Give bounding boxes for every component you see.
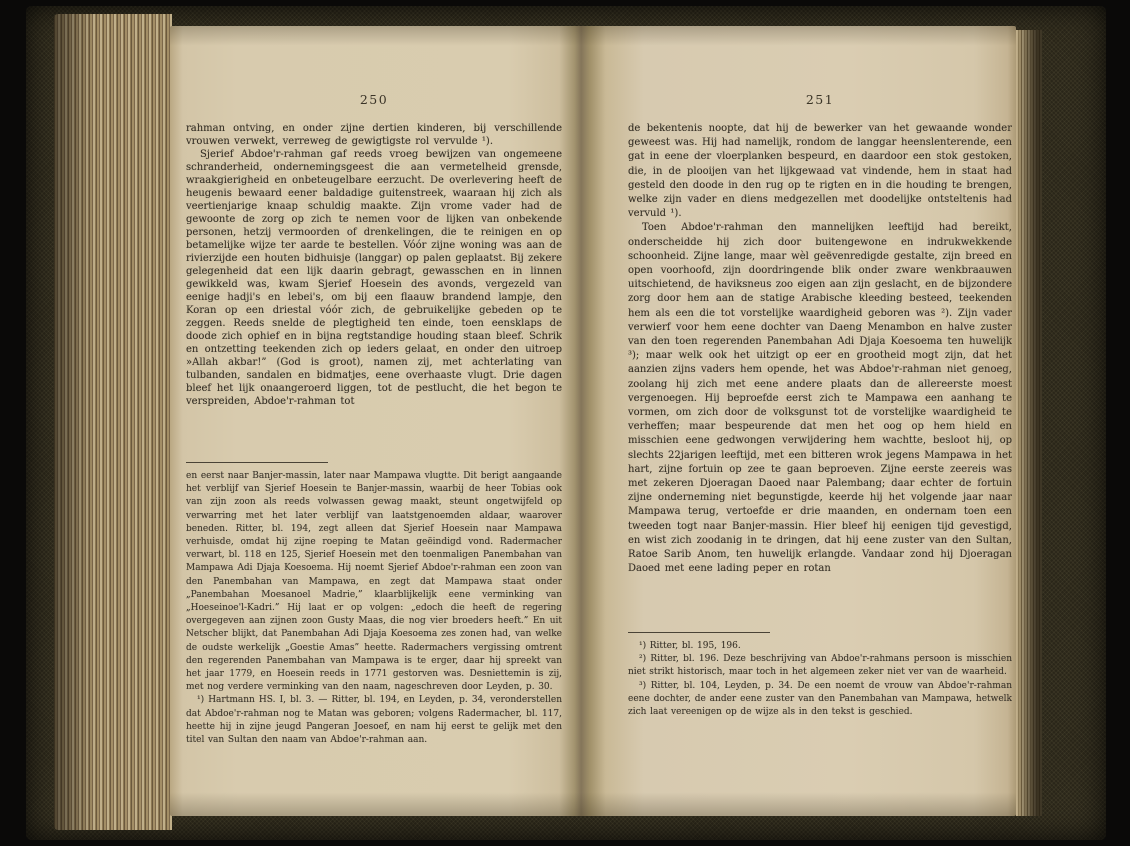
footnote-separator	[186, 462, 328, 463]
paragraph-continuation: rahman ontving, en onder zijne dertien k…	[186, 122, 562, 148]
page-left: 250 rahman ontving, en onder zijne derti…	[186, 26, 562, 816]
footnote-continuation: en eerst naar Banjer-massin, later naar …	[186, 470, 562, 694]
right-main-text: de bekentenis noopte, dat hij de bewerke…	[628, 122, 1012, 630]
paragraph: Sjerief Abdoe'r-rahman gaf reeds vroeg b…	[186, 148, 562, 408]
page-edges-right	[1016, 30, 1042, 816]
book-photograph: 250 rahman ontving, en onder zijne derti…	[0, 0, 1130, 846]
footnote: ³) Ritter, bl. 104, Leyden, p. 34. De ee…	[628, 680, 1012, 720]
page-number-right: 251	[628, 92, 1012, 107]
right-footnotes: ¹) Ritter, bl. 195, 196. ²) Ritter, bl. …	[628, 632, 1012, 792]
left-main-text: rahman ontving, en onder zijne dertien k…	[186, 122, 562, 464]
paragraph: Toen Abdoe'r-rahman den mannelijken leef…	[628, 221, 1012, 576]
footnote: ¹) Hartmann HS. I, bl. 3. — Ritter, bl. …	[186, 694, 562, 747]
page-number-left: 250	[186, 92, 562, 107]
page-right: 251 de bekentenis noopte, dat hij de bew…	[628, 26, 1012, 816]
footnote: ¹) Ritter, bl. 195, 196.	[628, 640, 1012, 653]
page-edges-left	[54, 14, 172, 830]
paragraph-continuation: de bekentenis noopte, dat hij de bewerke…	[628, 122, 1012, 221]
footnote: ²) Ritter, bl. 196. Deze beschrijving va…	[628, 653, 1012, 679]
footnote-separator	[628, 632, 770, 633]
left-footnotes: en eerst naar Banjer-massin, later naar …	[186, 462, 562, 782]
